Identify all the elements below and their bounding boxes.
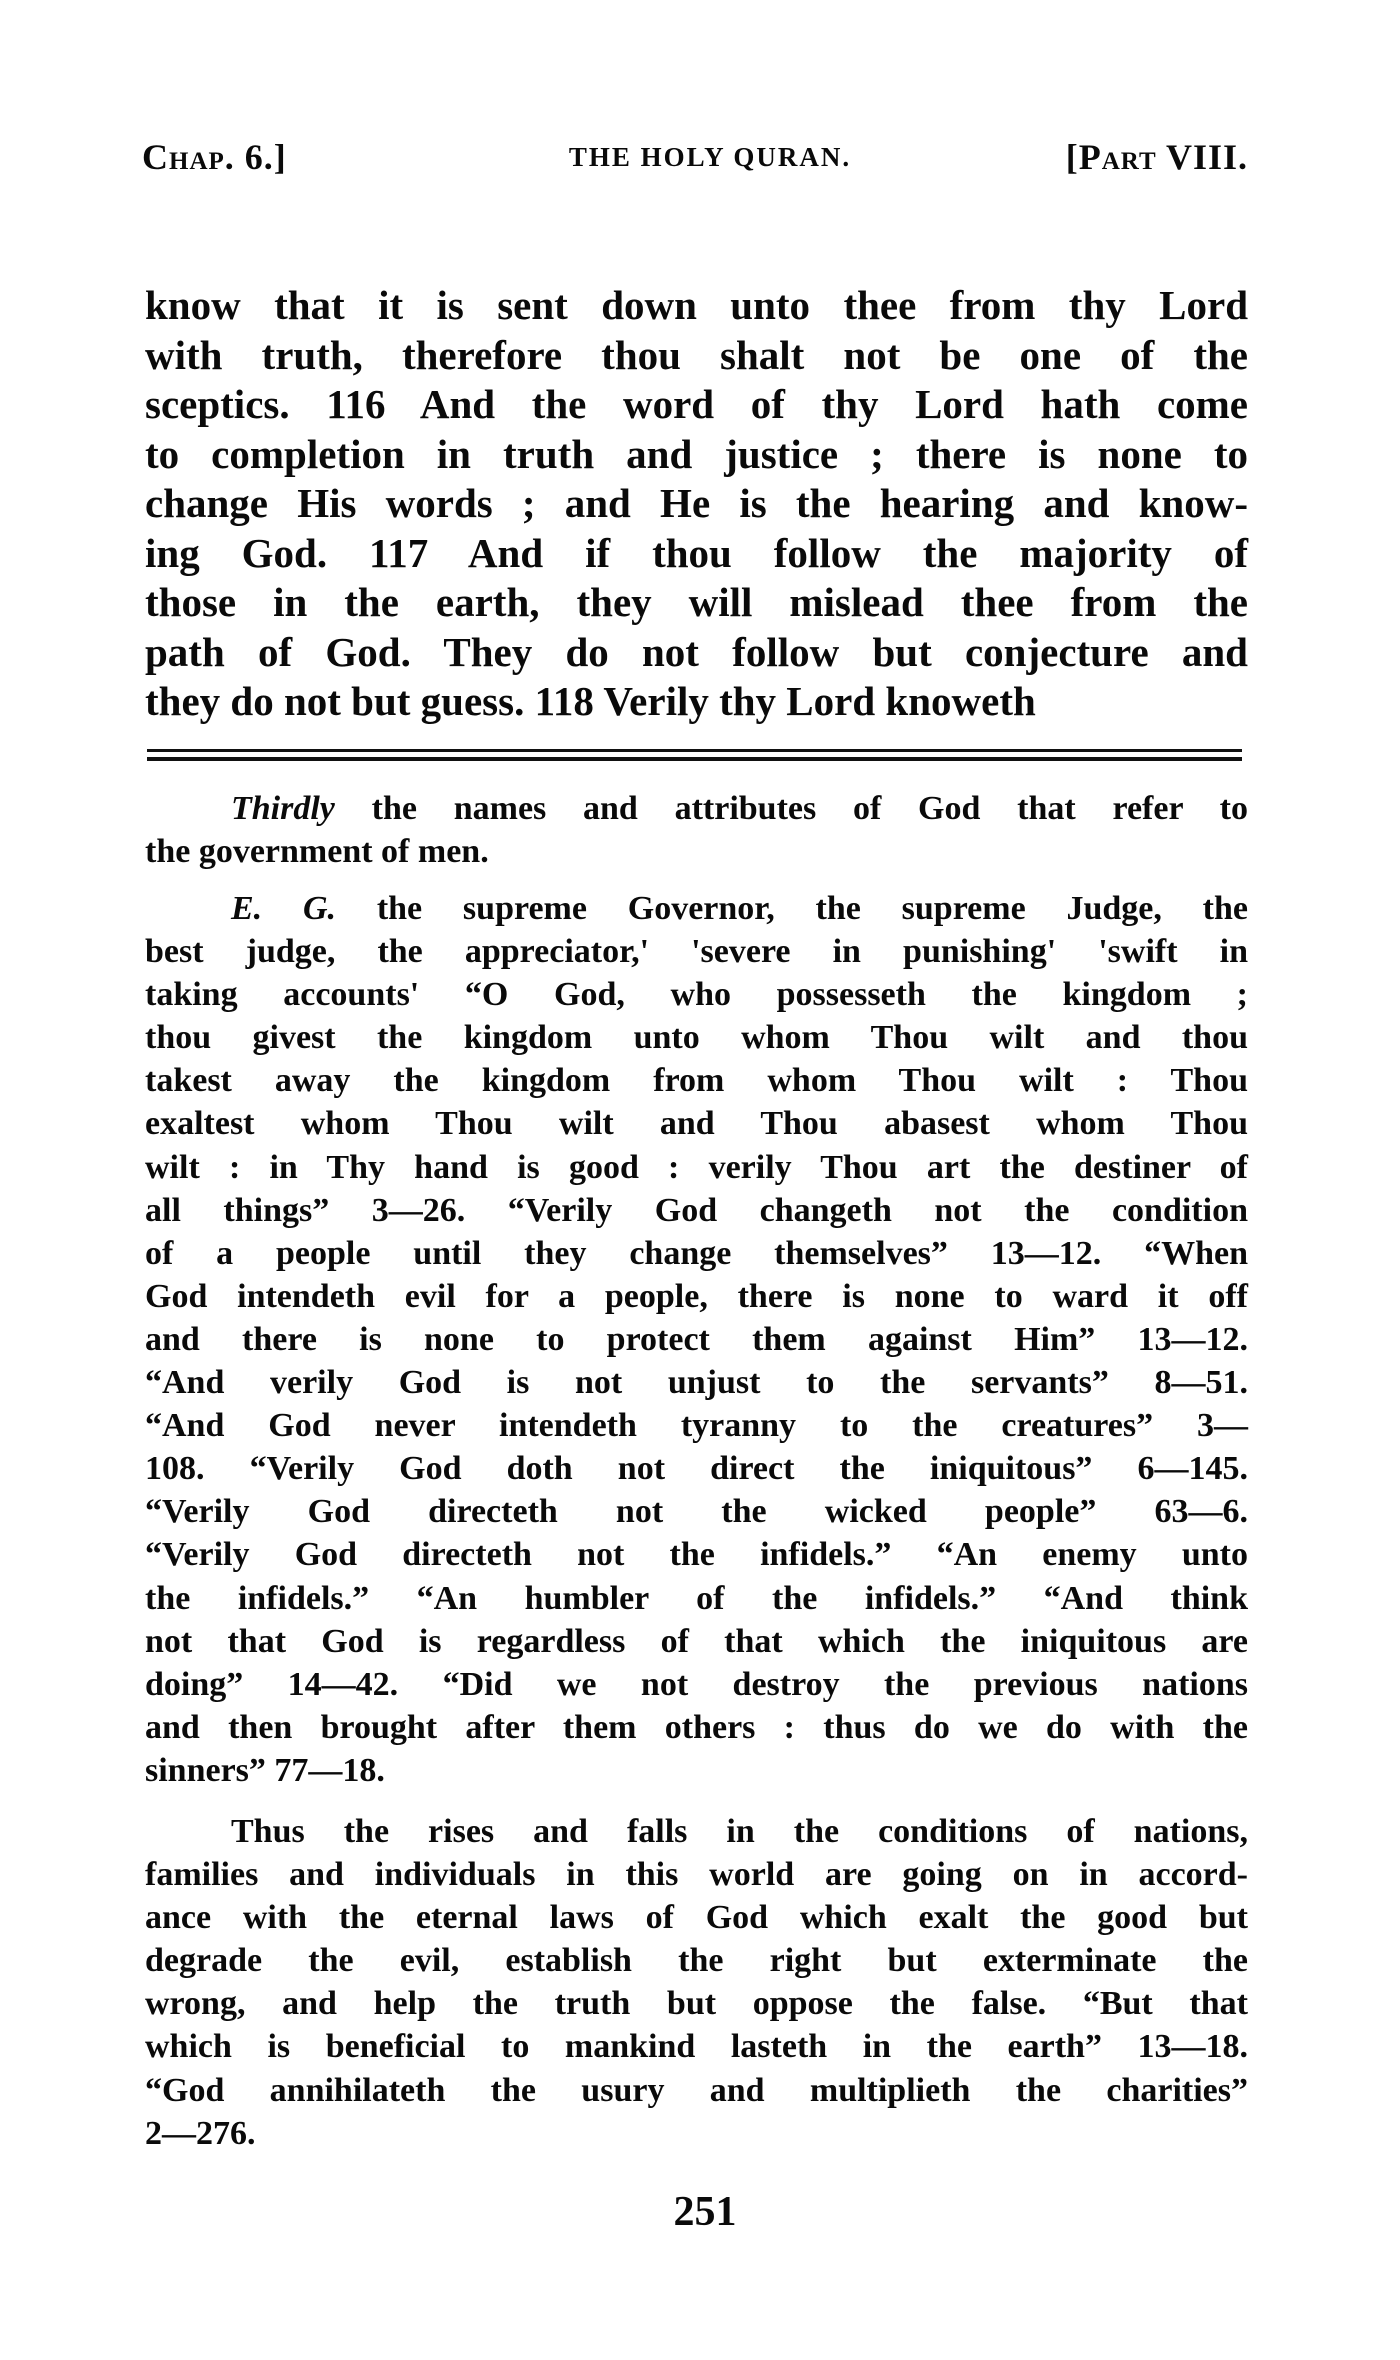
text-line: ance with the eternal laws of God which … xyxy=(145,1896,1248,1939)
text-line: 108. “Verily God doth not direct the ini… xyxy=(145,1447,1248,1490)
commentary-paragraph-3: Thus the rises and falls in the conditio… xyxy=(145,1810,1248,2155)
italic-lead: Thirdly xyxy=(231,790,335,827)
text-line: and then brought after them others : thu… xyxy=(145,1706,1248,1749)
text-line: “Verily God directeth not the wicked peo… xyxy=(145,1490,1248,1533)
text-line: sceptics. 116 And the word of thy Lord h… xyxy=(145,380,1248,430)
paragraph-first-line: Thirdly the names and attributes of God … xyxy=(145,787,1248,830)
text-line: doing” 14—42. “Did we not destroy the pr… xyxy=(145,1663,1248,1706)
paragraph-first-line: E. G. the supreme Governor, the supreme … xyxy=(145,887,1248,930)
italic-lead: E. G. xyxy=(231,890,336,927)
text-line: Thus the rises and falls in the conditio… xyxy=(145,1810,1248,1853)
text-line: with truth, therefore thou shalt not be … xyxy=(145,331,1248,381)
text-line: change His words ; and He is the hearing… xyxy=(145,479,1248,529)
commentary-paragraph-2: E. G. the supreme Governor, the supreme … xyxy=(145,887,1248,1792)
chapter-label: Chap. 6.] xyxy=(142,132,287,182)
text-line: “And God never intendeth tyranny to the … xyxy=(145,1404,1248,1447)
line-text: the names and attributes of God that ref… xyxy=(335,790,1248,827)
text-line: degrade the evil, establish the right bu… xyxy=(145,1939,1248,1982)
text-line: of a people until they change themselves… xyxy=(145,1232,1248,1275)
text-line: God intendeth evil for a people, there i… xyxy=(145,1275,1248,1318)
text-line: which is beneficial to mankind lasteth i… xyxy=(145,2025,1248,2068)
text-line: all things” 3—26. “Verily God changeth n… xyxy=(145,1189,1248,1232)
text-line: thou givest the kingdom unto whom Thou w… xyxy=(145,1016,1248,1059)
text-line: “God annihilateth the usury and multipli… xyxy=(145,2069,1248,2112)
book-title: THE HOLY QURAN. xyxy=(544,132,876,182)
text-line: those in the earth, they will mislead th… xyxy=(145,578,1248,628)
text-line: ing God. 117 And if thou follow the majo… xyxy=(145,529,1248,579)
text-line: taking accounts' “O God, who possesseth … xyxy=(145,973,1248,1016)
page-number: 251 xyxy=(655,2188,755,2236)
running-header: Chap. 6.] THE HOLY QURAN. [Part VIII. xyxy=(0,132,1400,182)
text-line: wilt : in Thy hand is good : verily Thou… xyxy=(145,1146,1248,1189)
text-line: path of God. They do not follow but conj… xyxy=(145,628,1248,678)
text-line: 2—276. xyxy=(145,2112,1248,2155)
part-label: [Part VIII. xyxy=(1017,132,1248,182)
line-text: the supreme Governor, the supreme Judge,… xyxy=(336,890,1248,927)
text-line: sinners” 77—18. xyxy=(145,1749,1248,1792)
text-line: families and individuals in this world a… xyxy=(145,1853,1248,1896)
text-line: wrong, and help the truth but oppose the… xyxy=(145,1982,1248,2025)
text-line: the government of men. xyxy=(145,830,1248,873)
text-line: they do not but guess. 118 Verily thy Lo… xyxy=(145,677,1248,727)
text-line: “And verily God is not unjust to the ser… xyxy=(145,1361,1248,1404)
section-divider-thin xyxy=(147,757,1242,761)
commentary-paragraph-1: Thirdly the names and attributes of God … xyxy=(145,787,1248,873)
text-line: “Verily God directeth not the infidels.”… xyxy=(145,1533,1248,1576)
section-divider-thick xyxy=(147,749,1242,752)
quran-verse-text: know that it is sent down unto thee from… xyxy=(145,281,1248,727)
text-line: takest away the kingdom from whom Thou w… xyxy=(145,1059,1248,1102)
text-line: exaltest whom Thou wilt and Thou abasest… xyxy=(145,1102,1248,1145)
text-line: the infidels.” “An humbler of the infide… xyxy=(145,1577,1248,1620)
text-line: know that it is sent down unto thee from… xyxy=(145,281,1248,331)
text-line: and there is none to protect them agains… xyxy=(145,1318,1248,1361)
text-line: to completion in truth and justice ; the… xyxy=(145,430,1248,480)
text-line: best judge, the appreciator,' 'severe in… xyxy=(145,930,1248,973)
text-line: not that God is regardless of that which… xyxy=(145,1620,1248,1663)
